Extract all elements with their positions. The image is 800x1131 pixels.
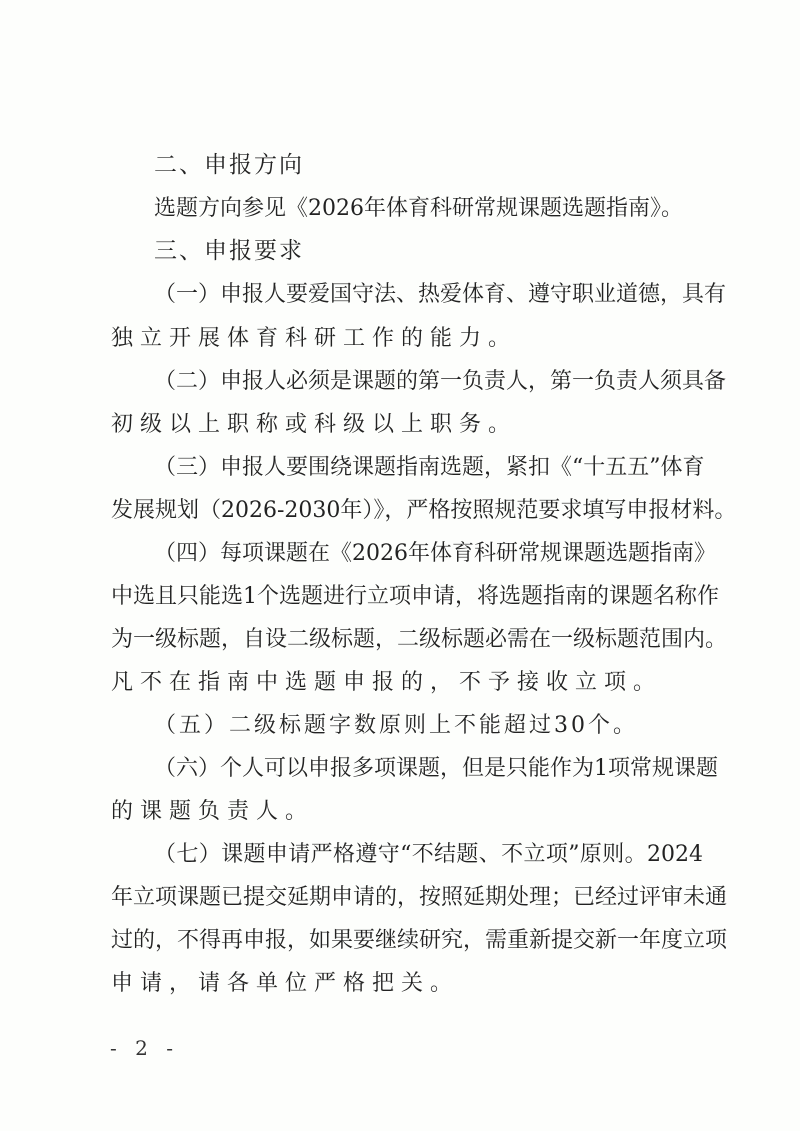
requirement-7-line-3: 过的，不得再申报，如果要继续研究，需重新提交新一年度立项 xyxy=(111,926,703,956)
requirement-5-line-1: （五）二级标题字数原则上不能超过30个。 xyxy=(154,711,703,741)
requirement-4-line-3: 为一级标题，自设二级标题，二级标题必需在一级标题范围内。 xyxy=(111,625,703,655)
requirement-4-line-2: 中选且只能选1个选题进行立项申请，将选题指南的课题名称作 xyxy=(111,582,703,612)
direction-text: 选题方向参见《2026年体育科研常规课题选题指南》。 xyxy=(154,194,674,224)
requirement-4-line-4: 凡不在指南中选题申报的，不予接收立项。 xyxy=(111,668,703,698)
requirement-7-line-4: 申请，请各单位严格把关。 xyxy=(111,969,703,999)
requirement-1-line-1: （一）申报人要爱国守法、热爱体育、遵守职业道德，具有 xyxy=(154,280,703,310)
requirement-2-line-1: （二）申报人必须是课题的第一负责人，第一负责人须具备 xyxy=(154,367,703,397)
requirement-1-line-2: 独立开展体育科研工作的能力。 xyxy=(111,324,703,354)
requirement-7-line-2: 年立项课题已提交延期申请的，按照延期处理；已经过评审未通 xyxy=(111,883,703,913)
requirement-4-line-1: （四）每项课题在《2026年体育科研常规课题选题指南》 xyxy=(154,539,703,569)
section-heading-direction: 二、申报方向 xyxy=(154,150,703,180)
document-page: 二、申报方向 选题方向参见《2026年体育科研常规课题选题指南》。 三、申报要求… xyxy=(0,0,800,1131)
requirement-2-line-2: 初级以上职称或科级以上职务。 xyxy=(111,410,703,440)
page-number: - 2 - xyxy=(110,1036,179,1060)
requirement-6-line-2: 的课题负责人。 xyxy=(111,797,703,827)
requirement-6-line-1: （六）个人可以申报多项课题，但是只能作为1项常规课题 xyxy=(154,754,703,784)
requirement-7-line-1: （七）课题申请严格遵守“不结题、不立项”原则。2024 xyxy=(154,840,703,870)
section-heading-requirements: 三、申报要求 xyxy=(154,236,703,266)
requirement-3-line-2: 发展规划（2026-2030年）》，严格按照规范要求填写申报材料。 xyxy=(111,496,703,526)
requirement-3-line-1: （三）申报人要围绕课题指南选题，紧扣《“十五五”体育 xyxy=(154,453,703,483)
